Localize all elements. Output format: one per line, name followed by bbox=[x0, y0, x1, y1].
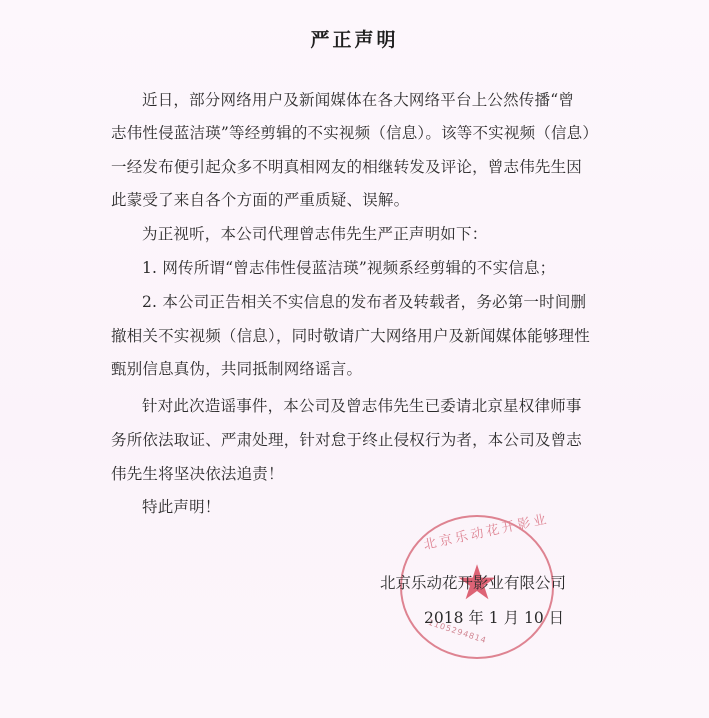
paragraph1-line2: 志伟性侵蓝洁瑛”等经剪辑的不实视频（信息）。该等不实视频（信息） bbox=[111, 123, 598, 143]
signature-company: 北京乐动花开影业有限公司 bbox=[380, 571, 566, 593]
paragraph1-line4: 此蒙受了来自各个方面的严重质疑、误解。 bbox=[111, 190, 409, 210]
paragraph1-line3: 一经发布便引起众多不明真相网友的相继转发及评论，曾志伟先生因 bbox=[111, 157, 582, 177]
document-title: 严正声明 bbox=[0, 25, 709, 52]
paragraph3-line3: 伟先生将坚决依法追责！ bbox=[111, 464, 284, 484]
paragraph2-line1: 为正视听，本公司代理曾志伟先生严正声明如下： bbox=[142, 224, 487, 244]
paragraph3-line1: 针对此次造谣事件，本公司及曾志伟先生已委请北京星权律师事 bbox=[142, 396, 582, 416]
item2-line2: 撤相关不实视频（信息），同时敬请广大网络用户及新闻媒体能够理性 bbox=[111, 326, 590, 346]
item2-line3: 甄别信息真伪，共同抵制网络谣言。 bbox=[111, 359, 362, 379]
signature-date: 2018 年 1 月 10 日 bbox=[424, 606, 564, 628]
paragraph1-line1: 近日，部分网络用户及新闻媒体在各大网络平台上公然传播“曾 bbox=[142, 90, 574, 110]
item1-line1: 1. 网传所谓“曾志伟性侵蓝洁瑛”视频系经剪辑的不实信息； bbox=[142, 258, 555, 278]
paragraph3-line2: 务所依法取证、严肃处理，针对怠于终止侵权行为者，本公司及曾志 bbox=[111, 430, 582, 450]
item2-line1: 2. 本公司正告相关不实信息的发布者及转载者，务必第一时间删 bbox=[142, 292, 586, 312]
closing-line: 特此声明！ bbox=[142, 497, 221, 517]
document-page: 严正声明 近日，部分网络用户及新闻媒体在各大网络平台上公然传播“曾 志伟性侵蓝洁… bbox=[0, 0, 709, 718]
